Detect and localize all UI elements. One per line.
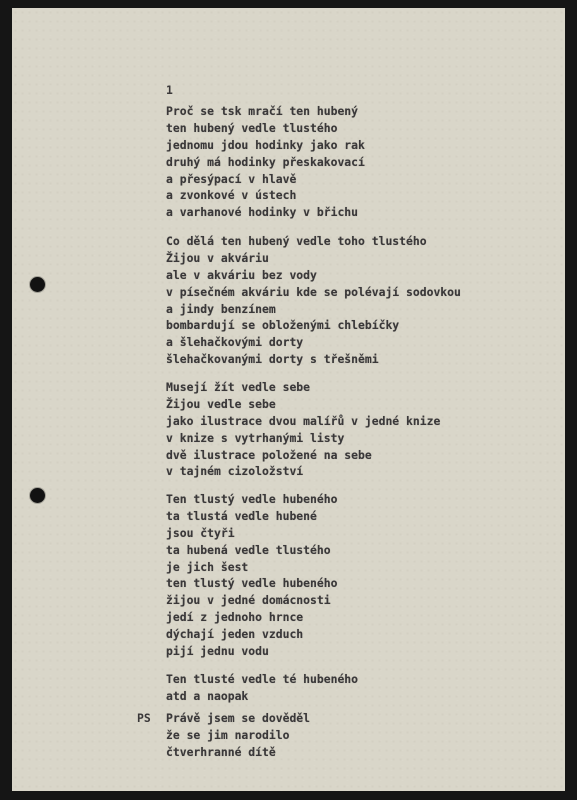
typewritten-page: 1 Proč se tsk mračí ten hubený ten huben… (12, 8, 565, 791)
poem-line: čtverhranné dítě (166, 744, 310, 761)
poem-line: jsou čtyři (166, 525, 337, 542)
poem-line: ten tlustý vedle hubeného (166, 575, 337, 592)
poem-line: ale v akváriu bez vody (166, 267, 461, 284)
poem-line: že se jim narodilo (166, 727, 310, 744)
poem-line: Proč se tsk mračí ten hubený (166, 103, 365, 120)
stanza-3: Musejí žít vedle sebe Žijou vedle sebe j… (166, 379, 440, 480)
page-number: 1 (166, 83, 173, 97)
poem-line: dýchají jeden vzduch (166, 626, 337, 643)
poem-line: ta tlustá vedle hubené (166, 508, 337, 525)
postscript: Právě jsem se dověděl že se jim narodilo… (166, 710, 310, 761)
poem-line: je jich šest (166, 559, 337, 576)
poem-line: v knize s vytrhanými listy (166, 430, 440, 447)
stanza-1: Proč se tsk mračí ten hubený ten hubený … (166, 103, 365, 221)
stanza-4: Ten tlustý vedle hubeného ta tlustá vedl… (166, 491, 337, 660)
poem-line: a varhanové hodinky v břichu (166, 204, 365, 221)
punch-hole (30, 277, 45, 292)
poem-line: Právě jsem se dověděl (166, 710, 310, 727)
poem-line: bombardují se obloženými chlebíčky (166, 317, 461, 334)
poem-line: v písečném akváriu kde se polévají sodov… (166, 284, 461, 301)
poem-line: Co dělá ten hubený vedle toho tlustého (166, 233, 461, 250)
poem-line: atd a naopak (166, 688, 358, 705)
punch-hole (30, 488, 45, 503)
poem-line: Musejí žít vedle sebe (166, 379, 440, 396)
poem-line: a zvonkové v ústech (166, 187, 365, 204)
poem-line: Ten tlustý vedle hubeného (166, 491, 337, 508)
poem-line: pijí jednu vodu (166, 643, 337, 660)
poem-line: Žijou vedle sebe (166, 396, 440, 413)
poem-line: v tajném cizoložství (166, 463, 440, 480)
poem-line: a šlehačkovými dorty (166, 334, 461, 351)
poem-line: ta hubená vedle tlustého (166, 542, 337, 559)
poem-line: ten hubený vedle tlustého (166, 120, 365, 137)
poem-line: jako ilustrace dvou malířů v jedné knize (166, 413, 440, 430)
poem-line: žijou v jedné domácnosti (166, 592, 337, 609)
poem-line: Žijou v akváriu (166, 250, 461, 267)
poem-line: druhý má hodinky přeskakovací (166, 154, 365, 171)
stanza-5: Ten tlusté vedle té hubeného atd a naopa… (166, 671, 358, 705)
poem-line: jednomu jdou hodinky jako rak (166, 137, 365, 154)
poem-line: jedí z jednoho hrnce (166, 609, 337, 626)
poem-line: šlehačkovanými dorty s třešněmi (166, 351, 461, 368)
poem-line: a jindy benzínem (166, 301, 461, 318)
poem-line: dvě ilustrace položené na sebe (166, 447, 440, 464)
postscript-label: PS (137, 710, 151, 727)
poem-line: Ten tlusté vedle té hubeného (166, 671, 358, 688)
poem-line: a přesýpací v hlavě (166, 171, 365, 188)
stanza-2: Co dělá ten hubený vedle toho tlustého Ž… (166, 233, 461, 368)
